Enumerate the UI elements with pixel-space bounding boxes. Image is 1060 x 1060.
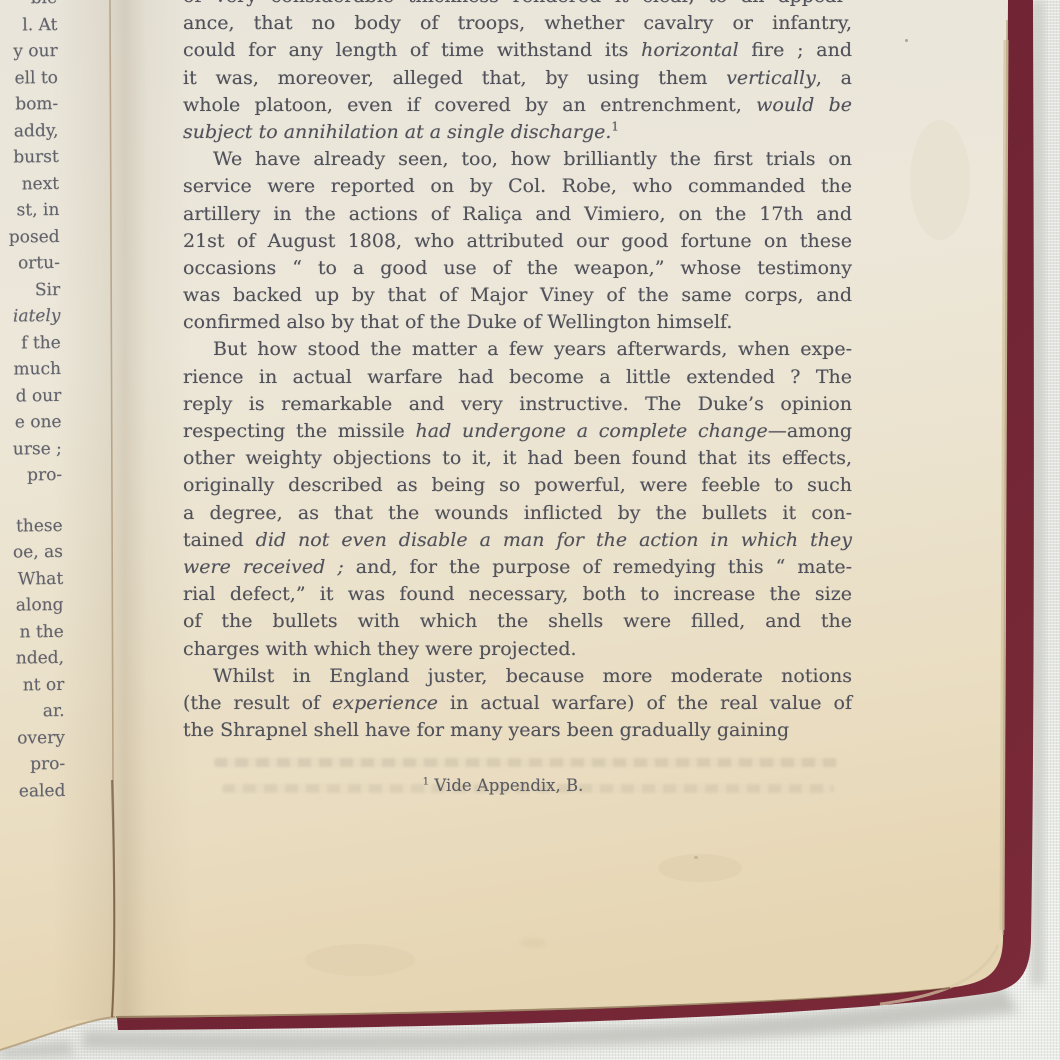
left-page-fragments: blel. Aty ourell tobom-addy,burstnextst,… <box>0 0 66 805</box>
text-segment: the Shrapnel shell have for many years b… <box>183 719 789 741</box>
italic-text: had undergone a complete change <box>416 420 768 442</box>
text-line: service were reported on by Col. Robe, w… <box>183 173 852 200</box>
text-line: of the bullets with which the shells wer… <box>183 608 852 635</box>
text-segment: whole platoon, even if covered by an ent… <box>183 94 756 116</box>
left-page-line-fragment: pro- <box>5 462 62 489</box>
text-line: charges with which they were projected. <box>183 636 852 663</box>
left-page-line-fragment: addy, <box>1 117 58 144</box>
text-segment: charges with which they were projected. <box>183 638 577 660</box>
text-line: rial defect,” it was found necessary, bo… <box>183 581 852 608</box>
text-segment: ance, that no body of troops, whether ca… <box>183 12 852 34</box>
text-line: But how stood the matter a few years aft… <box>183 336 852 363</box>
footnote-text: Vide Appendix, B. <box>429 776 583 795</box>
text-segment: rience in actual warfare had become a li… <box>183 366 852 388</box>
text-line: artillery in the actions of Raliça and V… <box>183 201 852 228</box>
text-segment: originally described as being so powerfu… <box>183 474 852 496</box>
italic-text: experience <box>332 692 438 714</box>
text-segment: service were reported on by Col. Robe, w… <box>183 175 852 197</box>
left-page-line-fragment: nt or <box>7 671 64 698</box>
italic-text: subject to annihilation at a single disc… <box>183 121 611 143</box>
text-segment: could for any length of time withstand i… <box>183 39 641 61</box>
italic-text: did not even disable a man for the actio… <box>256 529 852 551</box>
text-segment: in actual warfare) of the real value of <box>438 692 852 714</box>
footnote-reference: 1 <box>611 120 619 134</box>
paragraph: We have already seen, too, how brilliant… <box>183 146 852 336</box>
text-line: it was, moreover, alleged that, by using… <box>183 65 852 92</box>
text-line: other weighty objections to it, it had b… <box>183 445 852 472</box>
text-segment: respecting the missile <box>183 420 416 442</box>
text-segment: of the bullets with which the shells wer… <box>183 610 852 632</box>
left-page-line-fragment: n the <box>7 618 64 645</box>
italic-text: were received ; <box>183 556 344 578</box>
left-page-line-fragment: bom- <box>1 91 58 118</box>
left-page-line-fragment: urse ; <box>5 435 62 462</box>
gutter-shadow <box>52 0 192 1020</box>
left-page-line-fragment: l. At <box>0 11 57 38</box>
text-line: occasions “ to a good use of the weapon,… <box>183 255 852 282</box>
left-page-line-fragment: ealed <box>8 777 65 804</box>
text-line: a degree, as that the wounds inflicted b… <box>183 500 852 527</box>
italic-text: would be <box>756 94 852 116</box>
left-page-line-fragment: along <box>6 592 63 619</box>
text-line: was backed up by that of Major Viney of … <box>183 282 852 309</box>
left-page-line-fragment: d our <box>4 382 61 409</box>
left-page-line-fragment: iately <box>3 303 60 330</box>
text-segment: other weighty objections to it, it had b… <box>183 447 852 469</box>
text-segment: rial defect,” it was found necessary, bo… <box>183 583 852 605</box>
text-segment: —among <box>768 420 852 442</box>
text-line: the Shrapnel shell have for many years b… <box>183 717 852 744</box>
italic-text: vertically <box>726 67 816 89</box>
text-line: (the result of experience in actual warf… <box>183 690 852 717</box>
left-page-line-fragment: y our <box>1 38 58 65</box>
italic-text: horizontal <box>641 39 739 61</box>
book-photograph: blel. Aty ourell tobom-addy,burstnextst,… <box>0 0 1060 1060</box>
left-page-line-fragment: overy <box>8 724 65 751</box>
text-segment: We have already seen, too, how brilliant… <box>213 148 852 170</box>
text-segment: But how stood the matter a few years aft… <box>213 338 852 360</box>
text-line: were received ; and, for the purpose of … <box>183 554 852 581</box>
text-segment: and, for the purpose of remedying this “… <box>344 556 852 578</box>
left-page-line-fragment: ble <box>0 0 57 12</box>
show-through-text-line <box>214 758 838 767</box>
left-page-line-fragment: st, in <box>2 197 59 224</box>
text-line: subject to annihilation at a single disc… <box>183 119 852 146</box>
text-segment: , a <box>816 67 852 89</box>
text-segment: (the result of <box>183 692 332 714</box>
left-page-line-fragment: pro- <box>8 751 65 778</box>
text-line: of very considerable thickness rendered … <box>183 0 852 10</box>
paragraph: of very considerable thickness rendered … <box>183 0 852 146</box>
text-segment: confirmed also by that of the Duke of We… <box>183 311 732 333</box>
left-page-line-fragment: ortu- <box>3 250 60 277</box>
text-line: tained did not even disable a man for th… <box>183 527 852 554</box>
text-line: respecting the missile had undergone a c… <box>183 418 852 445</box>
left-page-line-fragment: What <box>6 565 63 592</box>
text-line: reply is remarkable and very instructive… <box>183 391 852 418</box>
left-page-line-fragment: e one <box>4 409 61 436</box>
left-page-line-fragment: ar. <box>7 698 64 725</box>
left-page-line-fragment: nded, <box>7 645 64 672</box>
text-segment: tained <box>183 529 256 551</box>
left-page-line-fragment: burst <box>2 144 59 171</box>
left-page-line-fragment: posed <box>3 223 60 250</box>
text-line: originally described as being so powerfu… <box>183 472 852 499</box>
paragraph: Whilst in England juster, because more m… <box>183 663 852 745</box>
text-segment: a degree, as that the wounds inflicted b… <box>183 502 852 524</box>
paper-speck <box>520 938 546 948</box>
text-line: Whilst in England juster, because more m… <box>183 663 852 690</box>
text-line: confirmed also by that of the Duke of We… <box>183 309 852 336</box>
text-segment: Whilst in England juster, because more m… <box>213 665 852 687</box>
paper-speck <box>905 39 908 42</box>
paragraph: But how stood the matter a few years aft… <box>183 336 852 662</box>
left-page-line-fragment: much <box>4 356 61 383</box>
text-line: We have already seen, too, how brilliant… <box>183 146 852 173</box>
text-line: whole platoon, even if covered by an ent… <box>183 92 852 119</box>
italic-text: iately <box>13 306 61 326</box>
footnote: 1 Vide Appendix, B. <box>183 776 823 795</box>
left-page-line-fragment: oe, as <box>6 539 63 566</box>
text-line: rience in actual warfare had become a li… <box>183 364 852 391</box>
text-segment: 21st of August 1808, who attributed our … <box>183 230 852 252</box>
main-text: of very considerable thickness rendered … <box>183 0 852 744</box>
left-page-line-fragment: f the <box>4 329 61 356</box>
text-line: could for any length of time withstand i… <box>183 37 852 64</box>
text-segment: of very considerable thickness rendered … <box>183 0 852 7</box>
text-line: 21st of August 1808, who attributed our … <box>183 228 852 255</box>
text-segment: artillery in the actions of Raliça and V… <box>183 203 852 225</box>
paper-speck <box>694 856 698 859</box>
text-segment: was backed up by that of Major Viney of … <box>183 284 852 306</box>
left-page-line-fragment: these <box>6 512 63 539</box>
text-segment: occasions “ to a good use of the weapon,… <box>183 257 852 279</box>
text-line: ance, that no body of troops, whether ca… <box>183 10 852 37</box>
text-segment: reply is remarkable and very instructive… <box>183 393 852 415</box>
text-segment: fire ; and <box>739 39 852 61</box>
left-page-line-fragment: next <box>2 170 59 197</box>
left-page-line-fragment: Sir <box>3 276 60 303</box>
text-segment: it was, moreover, alleged that, by using… <box>183 67 726 89</box>
left-page-line-fragment: ell to <box>1 64 58 91</box>
